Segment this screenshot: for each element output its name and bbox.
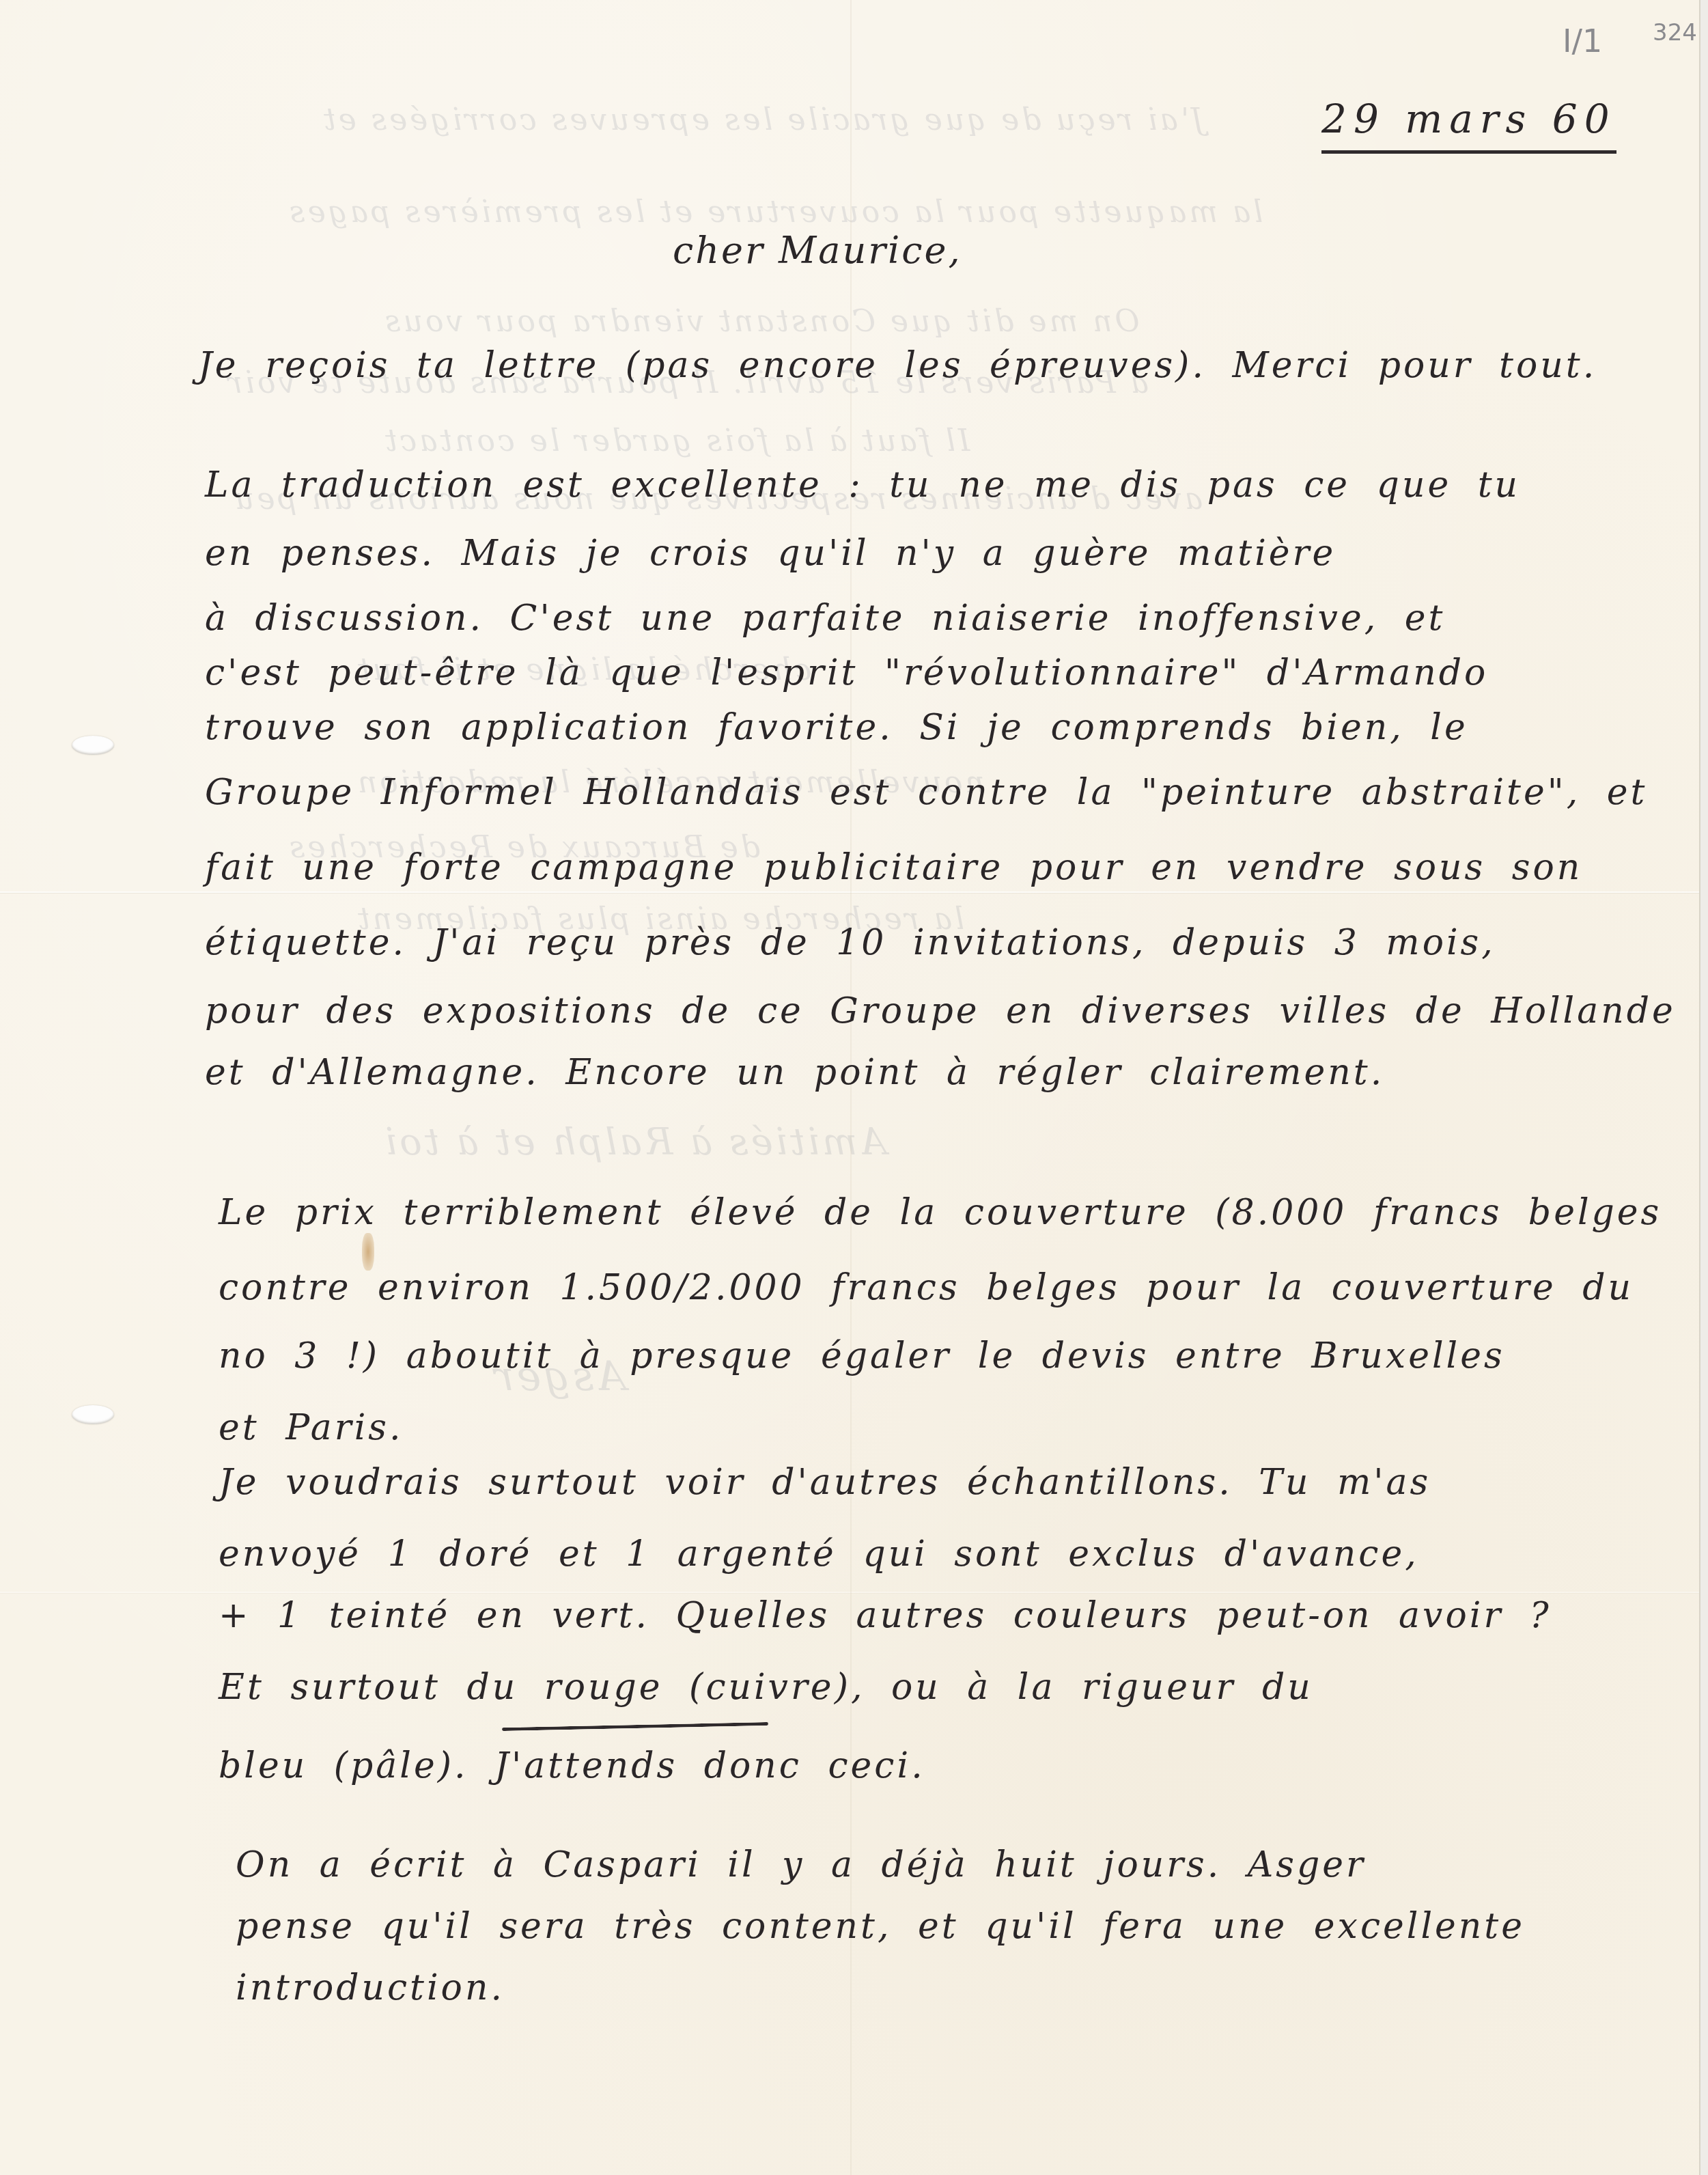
- punch-hole: [72, 1405, 114, 1424]
- letter-line: c'est peut-être là que l'esprit "révolut…: [205, 652, 1488, 693]
- letter-date: 29 mars 60: [1321, 96, 1616, 154]
- letter-line: fait une forte campagne publicitaire pou…: [205, 847, 1582, 888]
- letter-line: trouve son application favorite. Si je c…: [205, 707, 1468, 748]
- paper-fold: [0, 891, 1699, 893]
- paper-fold: [0, 1592, 1699, 1593]
- bleed-through-line: Amitiés à Ralph et à toi: [382, 1120, 886, 1163]
- stain: [362, 1233, 374, 1271]
- archive-mark-fraction: I/1: [1563, 27, 1602, 55]
- letter-line: introduction.: [236, 1967, 505, 2008]
- letter-line: et Paris.: [219, 1407, 404, 1448]
- bleed-through-line: la maquette pour la couverture et les pr…: [287, 195, 1263, 230]
- scan-edge: [1699, 0, 1708, 2175]
- letter-line: à discussion. C'est une parfaite niaiser…: [205, 598, 1445, 639]
- letter-line: Je reçois ta lettre (pas encore les épre…: [198, 345, 1597, 386]
- letter-line: Et surtout du rouge (cuivre), ou à la ri…: [219, 1667, 1313, 1708]
- letter-line: pense qu'il sera très content, et qu'il …: [236, 1906, 1525, 1947]
- letter-line: Le prix terriblement élevé de la couvert…: [219, 1192, 1662, 1233]
- bleed-through-line: J'ai reçu de que gracile les epreuves co…: [321, 102, 1204, 137]
- letter-line: On a écrit à Caspari il y a déjà huit jo…: [236, 1844, 1366, 1885]
- letter-line: pour des expositions de ce Groupe en div…: [205, 990, 1676, 1031]
- bleed-through-line: On me dit que Constant viendra pour vous: [382, 304, 1140, 339]
- letter-line: contre environ 1.500/2.000 francs belges…: [219, 1267, 1634, 1308]
- underline-du-rouge: [502, 1722, 768, 1731]
- letter-line: no 3 !) aboutit à presque égaler le devi…: [219, 1335, 1505, 1376]
- punch-hole: [72, 736, 114, 755]
- letter-line: + 1 teinté en vert. Quelles autres coule…: [219, 1595, 1552, 1636]
- archive-mark-number: 324: [1653, 19, 1697, 46]
- letter-line: bleu (pâle). J'attends donc ceci.: [219, 1745, 925, 1786]
- salutation: cher Maurice,: [673, 229, 962, 272]
- letter-line: La traduction est excellente : tu ne me …: [205, 465, 1520, 505]
- letter-line: Groupe Informel Hollandais est contre la…: [205, 772, 1647, 813]
- letter-line: en penses. Mais je crois qu'il n'y a guè…: [205, 533, 1336, 574]
- letter-line: envoyé 1 doré et 1 argenté qui sont excl…: [219, 1534, 1419, 1575]
- letter-line: et d'Allemagne. Encore un point à régler…: [205, 1052, 1384, 1093]
- letter-sheet: J'ai reçu de que gracile les epreuves co…: [0, 0, 1699, 2175]
- bleed-through-line: Il faut à la fois garder le contact: [382, 424, 970, 458]
- letter-line: étiquette. J'ai reçu près de 10 invitati…: [205, 922, 1496, 963]
- letter-line: Je voudrais surtout voir d'autres échant…: [219, 1462, 1431, 1503]
